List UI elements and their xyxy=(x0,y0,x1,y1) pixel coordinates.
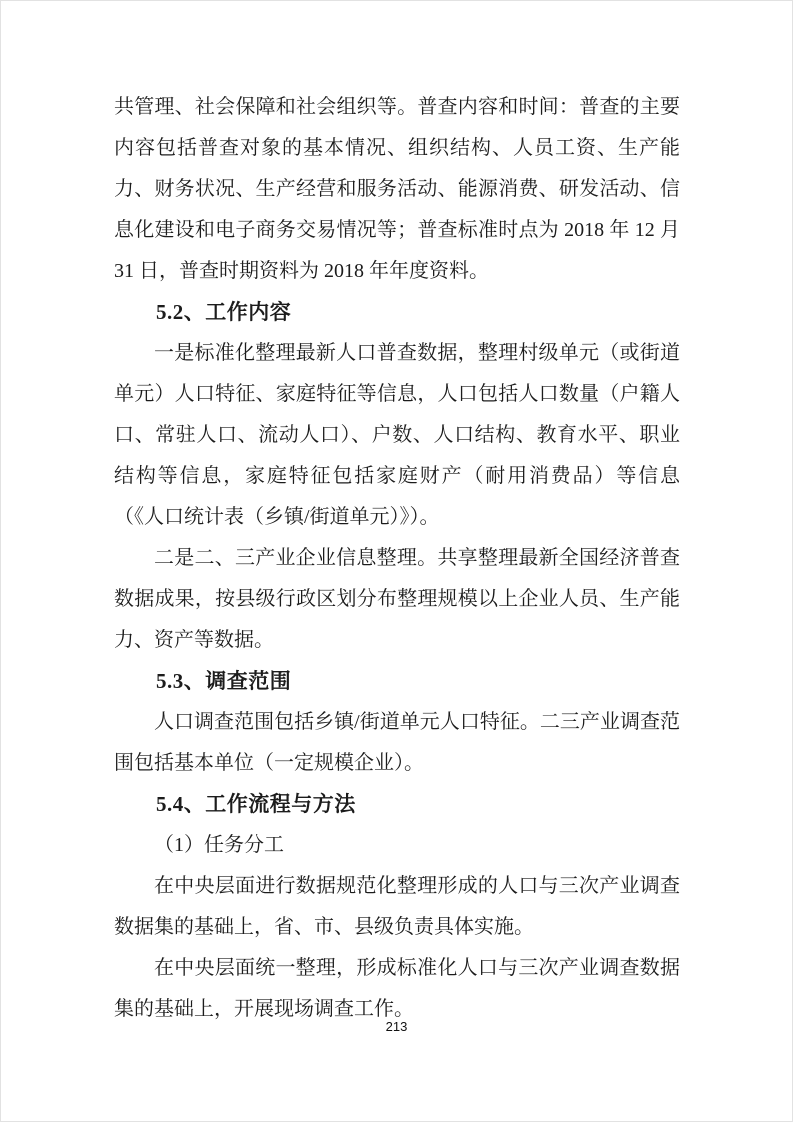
document-page: 共管理、社会保障和社会组织等。普查内容和时间：普查的主要内容包括普查对象的基本情… xyxy=(0,0,793,1122)
document-body: 共管理、社会保障和社会组织等。普查内容和时间：普查的主要内容包括普查对象的基本情… xyxy=(114,87,680,1030)
paragraph: （1）任务分工 xyxy=(114,825,680,866)
paragraph: 人口调查范围包括乡镇/街道单元人口特征。二三产业调查范围包括基本单位（一定规模企… xyxy=(114,702,680,784)
section-heading: 5.3、调查范围 xyxy=(114,661,680,702)
page-number: 213 xyxy=(386,1019,408,1034)
paragraph: 在中央层面进行数据规范化整理形成的人口与三次产业调查数据集的基础上，省、市、县级… xyxy=(114,866,680,948)
section-heading: 5.2、工作内容 xyxy=(114,292,680,333)
paragraph: 二是二、三产业企业信息整理。共享整理最新全国经济普查数据成果，按县级行政区划分布… xyxy=(114,538,680,661)
paragraph: 共管理、社会保障和社会组织等。普查内容和时间：普查的主要内容包括普查对象的基本情… xyxy=(114,87,680,292)
page-footer: 213 xyxy=(1,1018,792,1036)
paragraph: 一是标准化整理最新人口普查数据，整理村级单元（或街道单元）人口特征、家庭特征等信… xyxy=(114,333,680,538)
section-heading: 5.4、工作流程与方法 xyxy=(114,784,680,825)
